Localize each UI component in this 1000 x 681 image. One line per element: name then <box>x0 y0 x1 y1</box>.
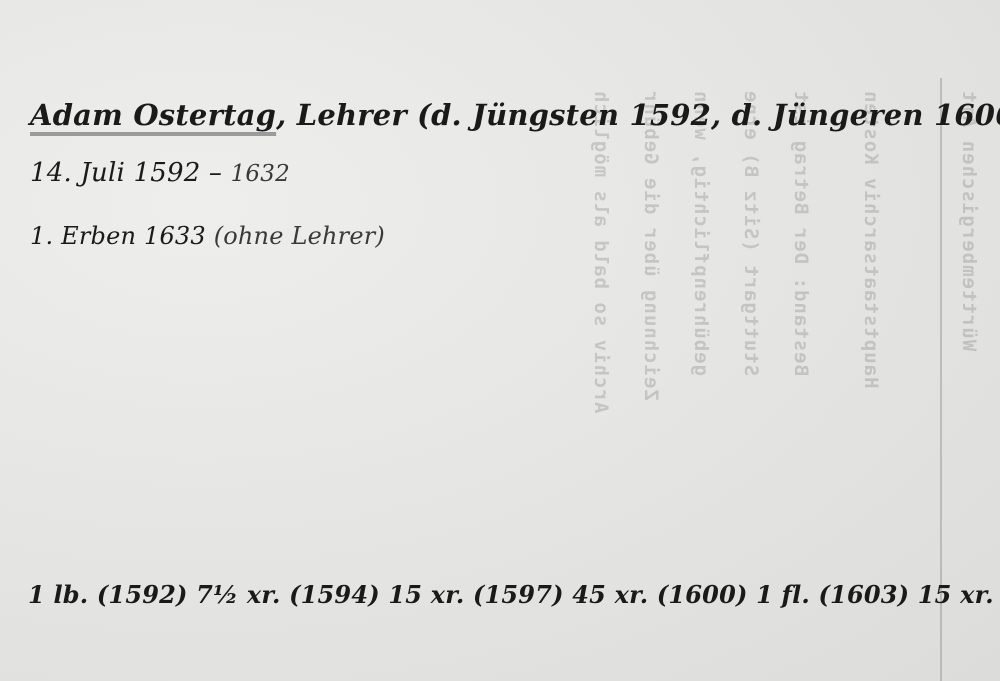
header-rest: , Lehrer (d. Jüngsten 1592, d. Jüngeren … <box>276 98 1000 132</box>
payments-line: 1 lb. (1592) 7½ xr. (1594) 15 xr. (1597)… <box>28 580 1000 609</box>
end-year: 1632 <box>231 161 290 187</box>
person-name: Adam Ostertag <box>30 98 276 132</box>
bleed-through-text: Stuttgart (Sitz B) erne <box>740 90 762 376</box>
bleed-through-text: Hauptstaatsarchiv Kosten <box>860 90 882 389</box>
successor-line: 1. Erben 1633 (ohne Lehrer) <box>30 222 385 250</box>
bleed-through-text: Bestand: Der Betrag ist <box>790 90 812 376</box>
bleed-through-text: Zeichnung über die Gebühr <box>640 90 662 401</box>
dates-main: 14. Juli 1592 – <box>30 158 231 188</box>
successor-main: 1. Erben 1633 <box>30 222 214 250</box>
header-line: Adam Ostertag, Lehrer (d. Jüngsten 1592,… <box>30 98 1000 132</box>
successor-note: (ohne Lehrer) <box>214 222 385 250</box>
bleed-through-text: Archiv so bald als möglich <box>590 90 612 413</box>
bleed-through-text: gebührenpflichtig, wenn <box>690 90 712 376</box>
index-card: Hauptstaatsarchiv Kosten Bestand: Der Be… <box>0 0 1000 681</box>
dates-line: 14. Juli 1592 – 1632 <box>30 158 290 188</box>
